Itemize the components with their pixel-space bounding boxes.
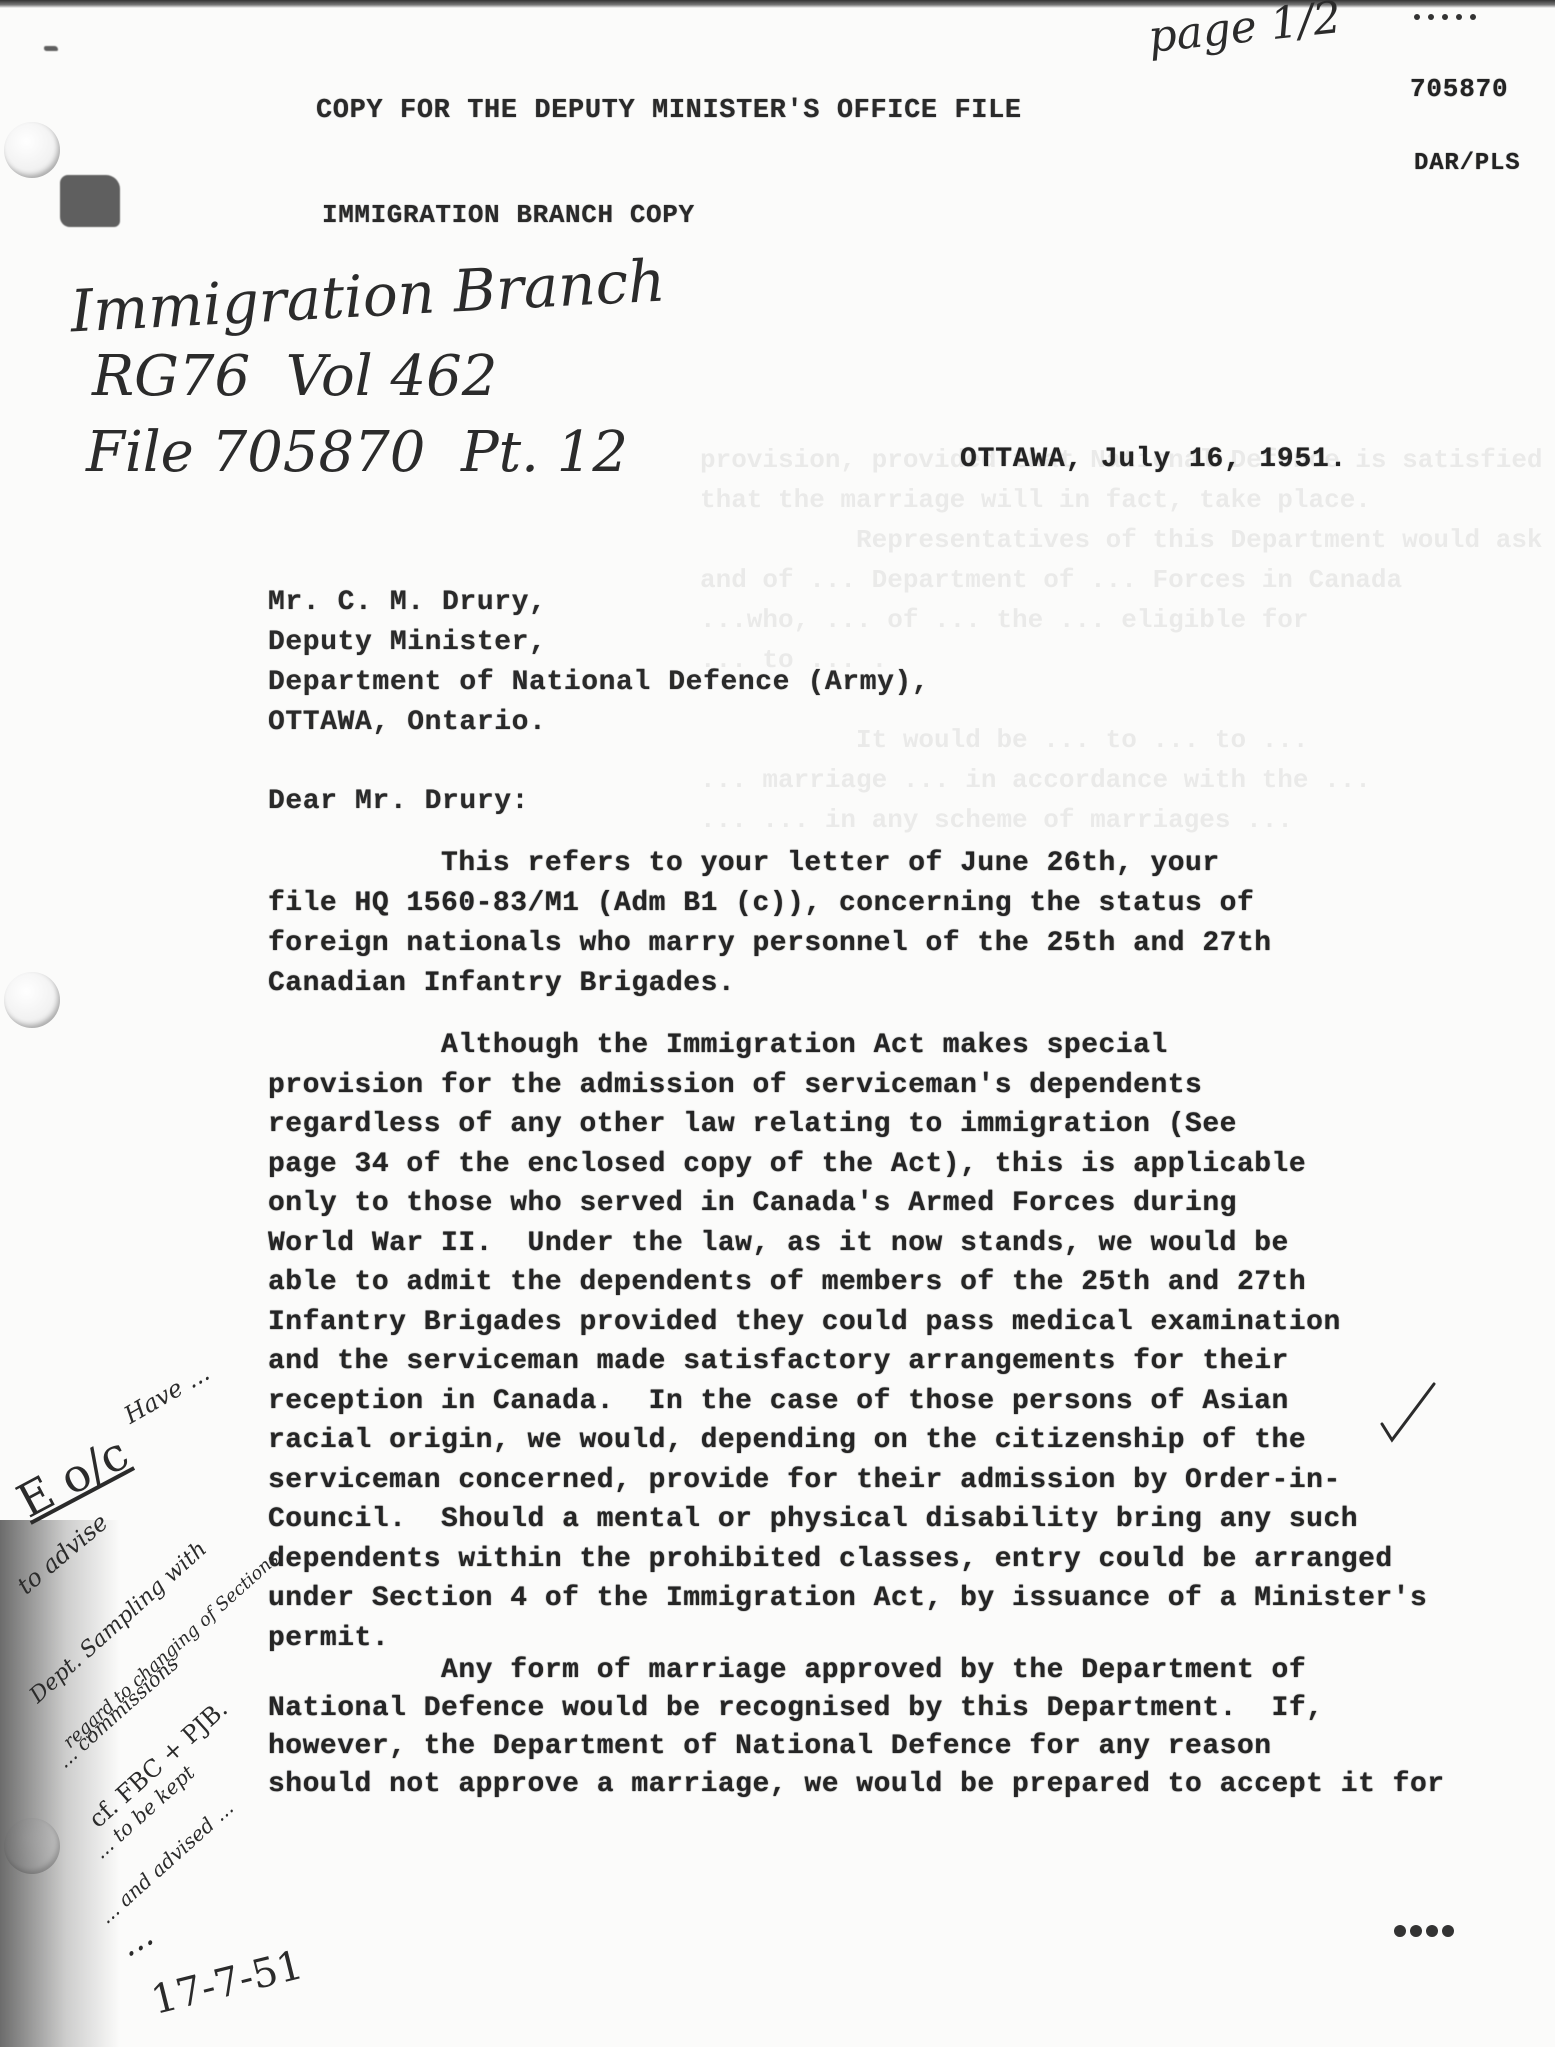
- page-note: page 1/2: [1146, 0, 1344, 63]
- archival-note-line3: File 705870 Pt. 12: [86, 420, 628, 485]
- annotation-heading: E o/c: [8, 1426, 137, 1529]
- top-dots: [1414, 14, 1476, 20]
- annotation-line-2: to advise: [12, 1508, 114, 1600]
- bleed-through-text: provision, provided that National Defenc…: [700, 440, 1555, 840]
- recipient-department: Department of National Defence (Army),: [268, 667, 929, 698]
- annotation-initials: ...: [112, 1915, 160, 1966]
- recipient-city: OTTAWA, Ontario.: [268, 707, 546, 738]
- margin-annotation: E o/c Have ... to advise Dept. Sampling …: [0, 1340, 300, 2040]
- annotation-line-1: Have ...: [119, 1358, 214, 1429]
- ink-smudge: [60, 175, 120, 227]
- copy-for-deputy-minister: COPY FOR THE DEPUTY MINISTER'S OFFICE FI…: [316, 96, 1022, 126]
- annotation-date: 17-7-51: [147, 1942, 308, 2024]
- checkmark-icon: [1378, 1380, 1438, 1450]
- continuation-mark: [1394, 1925, 1454, 1937]
- file-number: 705870: [1410, 74, 1508, 104]
- dateline: OTTAWA, July 16, 1951.: [960, 444, 1347, 475]
- paragraph-2: Although the Immigration Act makes speci…: [268, 1026, 1427, 1658]
- document-page: page 1/2 COPY FOR THE DEPUTY MINISTER'S …: [0, 0, 1555, 2047]
- punch-hole-top: [4, 122, 60, 178]
- archival-note-line2: RG76 Vol 462: [92, 344, 497, 409]
- branch-copy-label: IMMIGRATION BRANCH COPY: [322, 200, 695, 230]
- punch-hole-middle: [4, 972, 60, 1028]
- salutation: Dear Mr. Drury:: [268, 786, 529, 817]
- archival-note-line1: Immigration Branch: [69, 246, 667, 345]
- recipient-name: Mr. C. M. Drury,: [268, 587, 546, 618]
- paragraph-3: Any form of marriage approved by the Dep…: [268, 1652, 1445, 1804]
- recipient-title: Deputy Minister,: [268, 627, 546, 658]
- paragraph-1: This refers to your letter of June 26th,…: [268, 844, 1272, 1004]
- reference-initials: DAR/PLS: [1414, 150, 1520, 177]
- ink-mark: [44, 46, 58, 51]
